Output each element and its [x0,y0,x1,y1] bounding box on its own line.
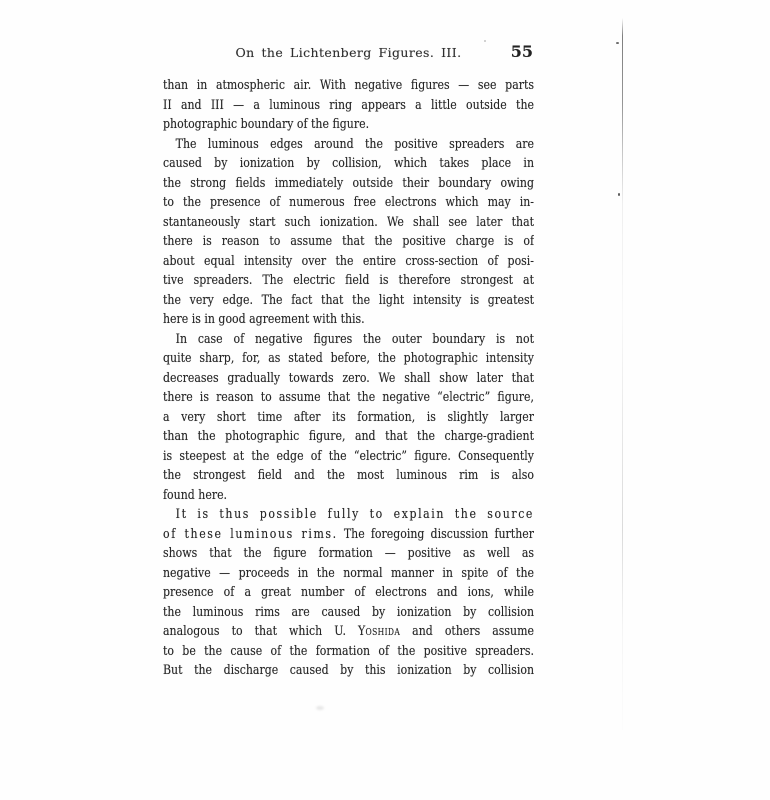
body-line: the strong fields immediately outside th… [163,174,534,194]
ink-speck [484,40,486,42]
body-line: caused by ionization by collision, which… [163,154,534,174]
text-segment: than the photographic figure, and that t… [163,429,534,444]
body-line: quite sharp, for, as stated before, the … [163,349,534,369]
ink-speck [618,193,620,196]
body-line: the strongest field and the most luminou… [163,466,534,486]
scan-edge-line-artifact [622,18,623,730]
text-segment: there is reason to assume that the negat… [163,390,534,405]
body-line: It is thus possible fully to explain the… [163,505,534,525]
text-segment: to the presence of numerous free electro… [163,195,534,210]
text-segment: about equal intensity over the entire cr… [163,254,534,269]
body-line: here is in good agreement with this. [163,310,534,330]
text-segment: presence of a great number of electrons … [163,585,534,600]
text-segment: tive spreaders. The electric field is th… [163,273,534,288]
body-line: the luminous rims are caused by ionizati… [163,603,534,623]
ink-speck [616,42,619,44]
body-line: stantaneously start such ionization. We … [163,213,534,233]
text-segment: a very short time after its formation, i… [163,410,534,425]
text-segment: In case of negative figures the outer bo… [176,332,534,347]
text-segment: the strongest field and the most luminou… [163,468,534,483]
body-line: II and III — a luminous ring appears a l… [163,96,534,116]
body-line: than in atmospheric air. With negative f… [163,76,534,96]
smallcaps-author-name: Yoshida [358,624,400,639]
text-segment: The foregoing discussion further [338,527,534,542]
ink-speck [316,706,324,710]
text-segment: the luminous rims are caused by ionizati… [163,605,534,620]
body-line: is steepest at the edge of the “electric… [163,447,534,467]
text-segment: But the discharge caused by this ionizat… [163,663,534,678]
text-segment: shows that the figure formation — positi… [163,546,534,561]
text-segment: than in atmospheric air. With negative f… [163,78,534,93]
body-line: the very edge. The fact that the light i… [163,291,534,311]
body-line: In case of negative figures the outer bo… [163,330,534,350]
text-segment: found here. [163,488,227,503]
body-line: decreases gradually towards zero. We sha… [163,369,534,389]
body-line: of these luminous rims. The foregoing di… [163,525,534,545]
body-line: negative — proceeds in the normal manner… [163,564,534,584]
text-segment: decreases gradually towards zero. We sha… [163,371,534,386]
body-line: than the photographic figure, and that t… [163,427,534,447]
body-line: found here. [163,486,534,506]
body-line: The luminous edges around the positive s… [163,135,534,155]
body-line: to the presence of numerous free electro… [163,193,534,213]
text-segment: stantaneously start such ionization. We … [163,215,534,230]
text-segment: analogous to that which U. [163,624,358,639]
text-segment: here is in good agreement with this. [163,312,365,327]
body-line: presence of a great number of electrons … [163,583,534,603]
text-segment: is steepest at the edge of the “electric… [163,449,534,464]
body-line: photographic boundary of the figure. [163,115,534,135]
page-number: 55 [511,42,533,61]
text-segment: photographic boundary of the figure. [163,117,369,132]
text-segment: quite sharp, for, as stated before, the … [163,351,534,366]
text-segment: there is reason to assume that the posit… [163,234,534,249]
body-line: there is reason to assume that the posit… [163,232,534,252]
body-line: analogous to that which U. Yoshida and o… [163,622,534,642]
text-segment: negative — proceeds in the normal manner… [163,566,534,581]
header-title: On the Lichtenberg Figures. III. [163,45,534,60]
emphasized-text: It is thus possible fully to explain the… [176,507,534,522]
body-line: about equal intensity over the entire cr… [163,252,534,272]
text-segment: and others assume [400,624,534,639]
text-segment: the very edge. The fact that the light i… [163,293,534,308]
body-line: shows that the figure formation — positi… [163,544,534,564]
emphasized-text: of these luminous rims. [163,527,338,542]
body-line: to be the cause of the formation of the … [163,642,534,662]
scanned-paper-page: On the Lichtenberg Figures. III. 55 than… [0,0,770,800]
text-segment: The luminous edges around the positive s… [176,137,534,152]
body-line: there is reason to assume that the negat… [163,388,534,408]
body-line: tive spreaders. The electric field is th… [163,271,534,291]
text-segment: the strong fields immediately outside th… [163,176,534,191]
text-segment: II and III — a luminous ring appears a l… [163,98,534,113]
body-line: a very short time after its formation, i… [163,408,534,428]
text-segment: to be the cause of the formation of the … [163,644,534,659]
body-line: But the discharge caused by this ionizat… [163,661,534,681]
text-segment: caused by ionization by collision, which… [163,156,534,171]
page-body: than in atmospheric air. With negative f… [163,76,534,681]
running-header: On the Lichtenberg Figures. III. 55 [163,42,534,64]
